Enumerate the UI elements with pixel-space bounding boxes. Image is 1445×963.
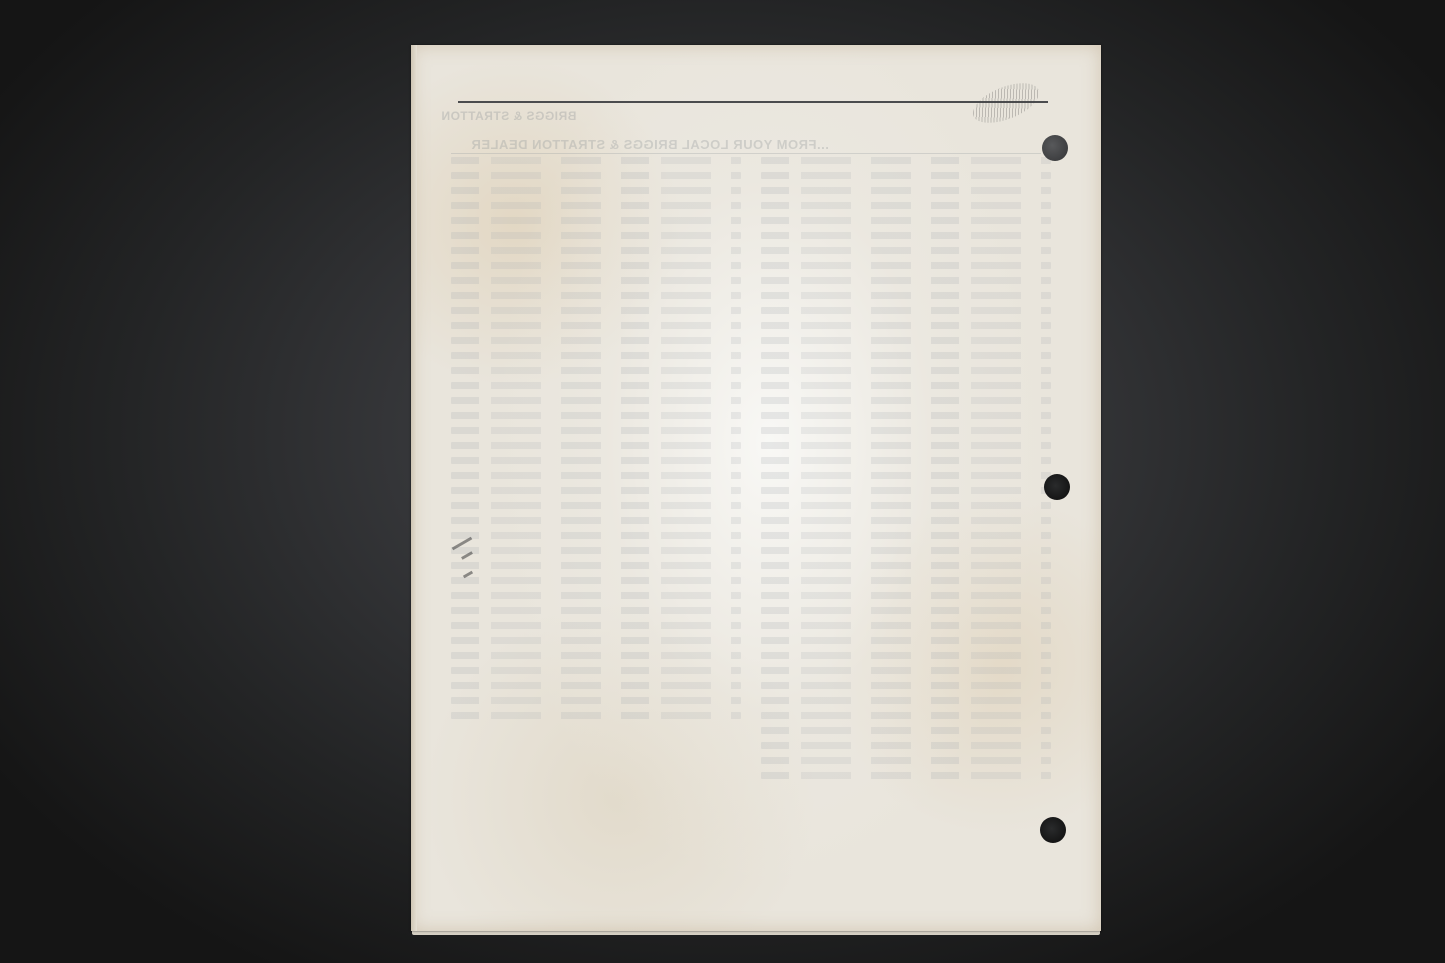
ink-smudge-left	[451, 537, 481, 582]
paper-left-edge	[411, 45, 417, 931]
punch-hole-top	[1042, 135, 1068, 161]
bleed-through-column-right	[761, 157, 1051, 777]
bleed-through-table	[451, 157, 1041, 777]
document-sheet: BRIGGS & STRATTON ...FROM YOUR LOCAL BRI…	[411, 45, 1101, 931]
bleed-through-heading: BRIGGS & STRATTON	[441, 109, 576, 123]
bleed-through-subheading: ...FROM YOUR LOCAL BRIGGS & STRATTON DEA…	[471, 137, 829, 152]
punch-hole-middle	[1044, 474, 1070, 500]
punch-hole-bottom	[1040, 817, 1066, 843]
bleed-through-column-left	[451, 157, 741, 777]
top-horizontal-rule	[458, 101, 1048, 103]
bleed-through-table-rule	[451, 153, 1041, 154]
ink-smudge-top-right	[968, 75, 1045, 131]
